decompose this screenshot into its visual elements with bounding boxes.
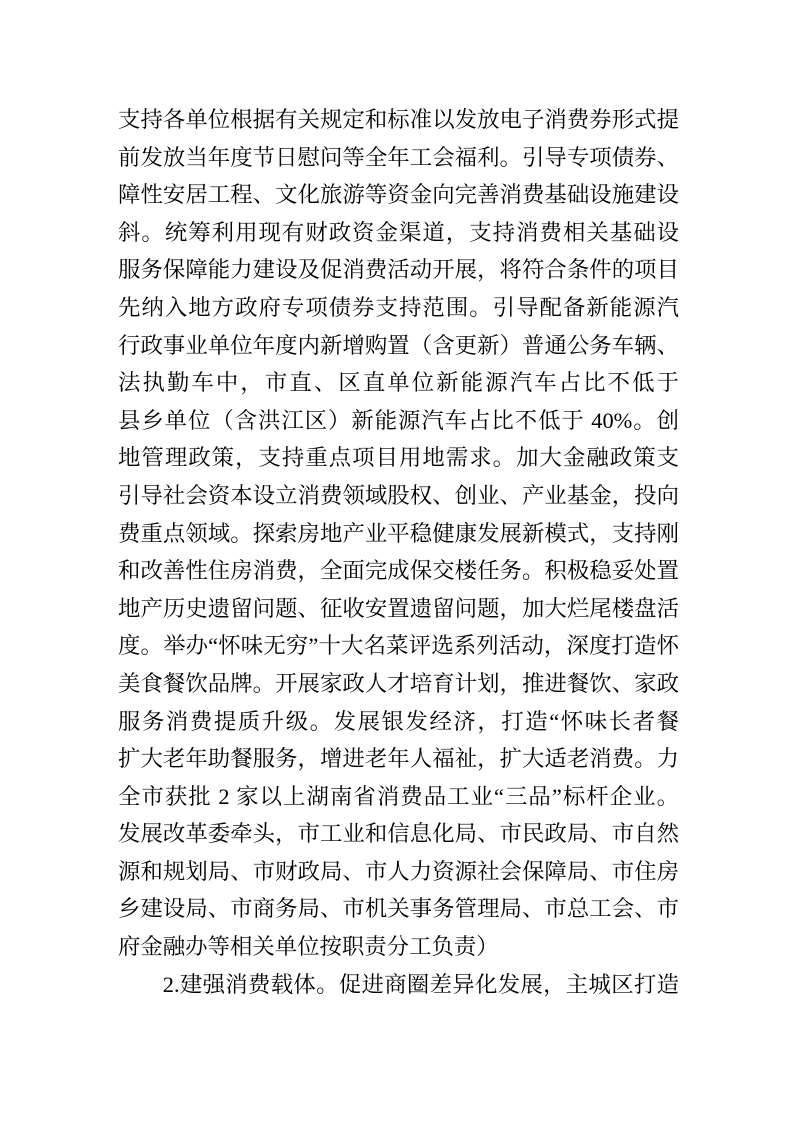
- text-line: 前发放当年度节日慰问等全年工会福利。引导专项债券、保: [118, 139, 679, 177]
- text-line: 地产历史遗留问题、征收安置遗留问题，加大烂尾楼盘活力: [118, 590, 679, 628]
- text-line: 支持各单位根据有关规定和标准以发放电子消费券形式提: [118, 101, 679, 139]
- text-line: 2.建强消费载体。促进商圈差异化发展，主城区打造火: [118, 966, 679, 1004]
- text-line: 先纳入地方政府专项债券支持范围。引导配备新能源汽车，: [118, 289, 679, 327]
- text-line: 县乡单位（含洪江区）新能源汽车占比不低于 40%。创新用: [118, 402, 679, 440]
- text-line: 扩大老年助餐服务，增进老年人福祉，扩大适老消费。力争: [118, 740, 679, 778]
- text-line: 乡建设局、市商务局、市机关事务管理局、市总工会、市政: [118, 890, 679, 928]
- text-line: 发展改革委牵头，市工业和信息化局、市民政局、市自然资: [118, 815, 679, 853]
- text-line: 府金融办等相关单位按职责分工负责）: [118, 928, 679, 966]
- text-line: 全市获批 2 家以上湖南省消费品工业“三品”标杆企业。（市: [118, 778, 679, 816]
- text-line: 度。举办“怀味无穷”十大名菜评选系列活动，深度打造怀化: [118, 627, 679, 665]
- text-line: 行政事业单位年度内新增购置（含更新）普通公务车辆、执: [118, 327, 679, 365]
- text-line: 引导社会资本设立消费领域股权、创业、产业基金，投向消: [118, 477, 679, 515]
- text-line: 和改善性住房消费，全面完成保交楼任务。积极稳妥处置房: [118, 552, 679, 590]
- text-block: 支持各单位根据有关规定和标准以发放电子消费券形式提前发放当年度节日慰问等全年工会…: [118, 101, 679, 1003]
- text-line: 法执勤车中，市直、区直单位新能源汽车占比不低于 60%，: [118, 364, 679, 402]
- text-line: 地管理政策，支持重点项目用地需求。加大金融政策支持，: [118, 439, 679, 477]
- text-line: 障性安居工程、文化旅游等资金向完善消费基础设施建设倾: [118, 176, 679, 214]
- text-line: 源和规划局、市财政局、市人力资源社会保障局、市住房城: [118, 853, 679, 891]
- text-line: 服务保障能力建设及促消费活动开展，将符合条件的项目优: [118, 251, 679, 289]
- text-line: 费重点领域。探索房地产业平稳健康发展新模式，支持刚需: [118, 515, 679, 553]
- document-page: 支持各单位根据有关规定和标准以发放电子消费券形式提前发放当年度节日慰问等全年工会…: [0, 0, 793, 1122]
- text-line: 服务消费提质升级。发展银发经济，打造“怀味长者餐厅”，: [118, 703, 679, 741]
- text-line: 美食餐饮品牌。开展家政人才培育计划，推进餐饮、家政等: [118, 665, 679, 703]
- text-line: 斜。统筹利用现有财政资金渠道，支持消费相关基础设施、: [118, 214, 679, 252]
